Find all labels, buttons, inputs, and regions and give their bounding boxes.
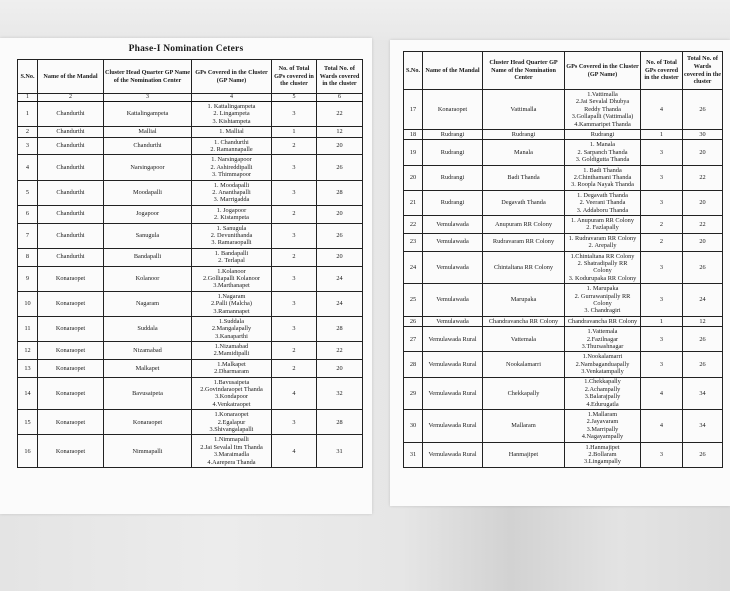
gps-cell: 1.Konaraopet2.Egalapur3.Shivangalapalli xyxy=(192,410,272,435)
gp-name: 1. Mallial xyxy=(193,128,270,135)
gp-name: 2. Arepally xyxy=(566,242,639,249)
header-gps: GPs Covered in the Cluster (GP Name) xyxy=(192,60,272,94)
table-row: 15KonaraopetKonaraopet1.Konaraopet2.Egal… xyxy=(18,410,363,435)
mandal-cell: Vemulawada xyxy=(423,284,483,317)
mandal-cell: Konaraopet xyxy=(423,90,483,130)
num-gps-cell: 3 xyxy=(641,352,683,377)
gps-cell: 1.Chekkapally2.Achampally3.Balarajpally4… xyxy=(565,377,641,410)
table-row: 1ChandurthiKattalingampeta1. Kattalingam… xyxy=(18,102,363,127)
num-gps-cell: 2 xyxy=(272,248,317,266)
wards-cell: 12 xyxy=(317,127,363,137)
wards-cell: 22 xyxy=(683,215,723,233)
gp-name: 3. Goldigutta Thanda xyxy=(566,156,639,163)
num-gps-cell: 1 xyxy=(272,127,317,137)
num-gps-cell: 3 xyxy=(641,327,683,352)
mandal-cell: Konaraopet xyxy=(38,359,104,377)
gp-name: 3.Maraimadla xyxy=(193,451,270,458)
mandal-cell: Konaraopet xyxy=(38,291,104,316)
wards-cell: 22 xyxy=(683,165,723,190)
num-gps-cell: 3 xyxy=(272,180,317,205)
gp-name: 1. Moodapalli xyxy=(193,182,270,189)
table-row: 19RudrangiManala1. Manala2. Sarpanch Tha… xyxy=(404,140,723,165)
gp-name: Colony xyxy=(566,300,639,307)
gp-name: Reddy Thanda xyxy=(566,106,639,113)
cluster-cell: Chekkapally xyxy=(483,377,565,410)
gp-name: 2.Jayavaram xyxy=(566,418,639,425)
table-body-left: 1ChandurthiKattalingampeta1. Kattalingam… xyxy=(18,102,363,468)
gp-name: 3.Thursashnagar xyxy=(566,343,639,350)
table-row: 11KonaraopetSuddala1.Suddala2.Mangalapal… xyxy=(18,316,363,341)
gp-name: 2.Mamidipalli xyxy=(193,350,270,357)
num-gps-cell: 3 xyxy=(272,223,317,248)
gp-name: 2. Ramannapalle xyxy=(193,146,270,153)
wards-cell: 20 xyxy=(683,190,723,215)
gps-cell: 1. Chandurthi2. Ramannapalle xyxy=(192,137,272,155)
cluster-cell: Mallaram xyxy=(483,410,565,443)
table-row: 14KonaraopetBavusaipeta1.Bavusaipeta2.Go… xyxy=(18,377,363,410)
gp-name: 1. Chandurthi xyxy=(193,139,270,146)
cluster-cell: Hanmajipet xyxy=(483,442,565,467)
sno-cell: 31 xyxy=(404,442,423,467)
cluster-cell: Suddala xyxy=(104,316,192,341)
cluster-cell: Narsingapoor xyxy=(104,155,192,180)
gp-name: 2. Fazlapally xyxy=(566,224,639,231)
mandal-cell: Rudrangi xyxy=(423,190,483,215)
table-row: 29Vemulawada RuralChekkapally1.Chekkapal… xyxy=(404,377,723,410)
mandal-cell: Vemulawada Rural xyxy=(423,377,483,410)
mandal-cell: Vemulawada xyxy=(423,233,483,251)
num-gps-cell: 2 xyxy=(272,342,317,360)
num-gps-cell: 4 xyxy=(641,90,683,130)
gp-name: 1.Vattemala xyxy=(566,328,639,335)
table-row: 8ChandurthiBandapalli1. Bandapalli2. Ter… xyxy=(18,248,363,266)
gp-name: 2. Gurrawanipally RR xyxy=(566,293,639,300)
table-row: 2ChandurthiMallial1. Mallial112 xyxy=(18,127,363,137)
sno-cell: 24 xyxy=(404,251,423,284)
wards-cell: 20 xyxy=(683,140,723,165)
sno-cell: 14 xyxy=(18,377,38,410)
gp-name: Rudrangi xyxy=(566,131,639,138)
wards-cell: 24 xyxy=(683,284,723,317)
gps-cell: 1. Sanugula2. Devunithanda3. Ramaraopall… xyxy=(192,223,272,248)
mandal-cell: Vemulawada xyxy=(423,316,483,326)
num-gps-cell: 2 xyxy=(272,137,317,155)
gp-name: 2. Devunithanda xyxy=(193,232,270,239)
gp-name: Chandravancha RR Colony xyxy=(566,318,639,325)
table-row: 7ChandurthiSanugula1. Sanugula2. Devunit… xyxy=(18,223,363,248)
table-row: 31Vemulawada RuralHanmajipet1.Hanmajipet… xyxy=(404,442,723,467)
num-gps-cell: 4 xyxy=(272,377,317,410)
cluster-cell: Chintaltana RR Colony xyxy=(483,251,565,284)
gps-cell: 1. Bandapalli2. Terlapal xyxy=(192,248,272,266)
table-row: 26VemulawadaChandravancha RR ColonyChand… xyxy=(404,316,723,326)
gp-name: 1. Manala xyxy=(566,141,639,148)
sno-cell: 12 xyxy=(18,342,38,360)
column-index: 1 xyxy=(18,94,38,102)
num-gps-cell: 3 xyxy=(641,442,683,467)
gp-name: 1.Chintaltana RR Colony xyxy=(566,253,639,260)
gps-cell: 1. Rudravaram RR Colony2. Arepally xyxy=(565,233,641,251)
cluster-cell: Chandravancha RR Colony xyxy=(483,316,565,326)
gps-cell: 1. Degavath Thanda2. Veerani Thanda3. Ad… xyxy=(565,190,641,215)
wards-cell: 34 xyxy=(683,377,723,410)
mandal-cell: Chandurthi xyxy=(38,127,104,137)
nomination-table-right: S.No. Name of the Mandal Cluster Head Qu… xyxy=(403,51,723,468)
mandal-cell: Konaraopet xyxy=(38,316,104,341)
gp-name: 1. Bandapalli xyxy=(193,250,270,257)
gps-cell: 1. Badi Thanda2.Chinthamani Thanda3. Roo… xyxy=(565,165,641,190)
wards-cell: 20 xyxy=(317,205,363,223)
gps-cell: 1. Jogapoor2. Kistampeta xyxy=(192,205,272,223)
wards-cell: 20 xyxy=(317,137,363,155)
gp-name: 1.Chekkapally xyxy=(566,378,639,385)
cluster-cell: Jogapoor xyxy=(104,205,192,223)
gp-name: 3.Kanaparthi xyxy=(193,333,270,340)
cluster-cell: Rudravaram RR Colony xyxy=(483,233,565,251)
mandal-cell: Chandurthi xyxy=(38,102,104,127)
gp-name: 1. Badi Thanda xyxy=(566,167,639,174)
num-gps-cell: 4 xyxy=(272,435,317,468)
gp-name: 1.Konaraopet xyxy=(193,411,270,418)
mandal-cell: Chandurthi xyxy=(38,155,104,180)
wards-cell: 20 xyxy=(683,233,723,251)
gp-name: 2.Palli (Malcha) xyxy=(193,300,270,307)
wards-cell: 22 xyxy=(317,342,363,360)
gp-name: 1.Bavusaipeta xyxy=(193,379,270,386)
sno-cell: 22 xyxy=(404,215,423,233)
gps-cell: 1.Suddala2.Mangalapally3.Kanaparthi xyxy=(192,316,272,341)
num-gps-cell: 2 xyxy=(272,205,317,223)
wards-cell: 26 xyxy=(683,251,723,284)
wards-cell: 28 xyxy=(317,410,363,435)
table-body-right: 17KonaraopetVattimalla1.Vattimalla2.Jai … xyxy=(404,90,723,468)
sno-cell: 17 xyxy=(404,90,423,130)
num-gps-cell: 3 xyxy=(272,410,317,435)
gps-cell: 1. Marupaka2. Gurrawanipally RRColony3. … xyxy=(565,284,641,317)
gps-cell: 1.Hanmajipet2.Bollaram3.Lingampally xyxy=(565,442,641,467)
table-row: 28Vemulawada RuralNookalamarri1.Nookalam… xyxy=(404,352,723,377)
gp-name: 2.Bollaram xyxy=(566,451,639,458)
gp-name: 4.Nagayampally xyxy=(566,433,639,440)
mandal-cell: Konaraopet xyxy=(38,410,104,435)
cluster-cell: Mallial xyxy=(104,127,192,137)
num-gps-cell: 3 xyxy=(641,284,683,317)
table-row: 30Vemulawada RuralMallaram1.Mallaram2.Ja… xyxy=(404,410,723,443)
table-row: 10KonaraopetNagaram1.Nagaram2.Palli (Mal… xyxy=(18,291,363,316)
gp-name: 2.Govindaraopet Thanda xyxy=(193,386,270,393)
wards-cell: 24 xyxy=(317,266,363,291)
column-index: 2 xyxy=(38,94,104,102)
gp-name: 1. Jogapoor xyxy=(193,207,270,214)
mandal-cell: Vemulawada Rural xyxy=(423,327,483,352)
gp-name: 1. Marupaka xyxy=(566,285,639,292)
gps-cell: 1. Narsingapoor2. Ashireddipalli3. Thimm… xyxy=(192,155,272,180)
num-gps-cell: 3 xyxy=(272,316,317,341)
gp-name: 4.Edurugatla xyxy=(566,401,639,408)
num-gps-cell: 4 xyxy=(641,377,683,410)
document-page-right: S.No. Name of the Mandal Cluster Head Qu… xyxy=(390,40,730,506)
gp-name: Colony xyxy=(566,267,639,274)
gp-name: 4.Kammaripet Thanda xyxy=(566,121,639,128)
gps-cell: Chandravancha RR Colony xyxy=(565,316,641,326)
cluster-cell: Kattalingampeta xyxy=(104,102,192,127)
num-gps-cell: 3 xyxy=(641,165,683,190)
sno-cell: 3 xyxy=(18,137,38,155)
gp-name: 3. Thimmapoor xyxy=(193,171,270,178)
cluster-cell: Chandurthi xyxy=(104,137,192,155)
cluster-cell: Moodapalli xyxy=(104,180,192,205)
column-index: 3 xyxy=(104,94,192,102)
wards-cell: 12 xyxy=(683,316,723,326)
num-gps-cell: 3 xyxy=(272,291,317,316)
wards-cell: 26 xyxy=(683,90,723,130)
gp-name: 2. Veerani Thanda xyxy=(566,199,639,206)
sno-cell: 8 xyxy=(18,248,38,266)
gp-name: 3.Marripally xyxy=(566,426,639,433)
gp-name: 2.Fazilnagar xyxy=(566,336,639,343)
wards-cell: 26 xyxy=(683,327,723,352)
table-row: 24VemulawadaChintaltana RR Colony1.Chint… xyxy=(404,251,723,284)
sno-cell: 21 xyxy=(404,190,423,215)
gp-name: 4.Aarepera Thanda xyxy=(193,459,270,466)
cluster-cell: Malkapet xyxy=(104,359,192,377)
header-wards: Total No. of Wards covered in the cluste… xyxy=(317,60,363,94)
gp-name: 2. Sarpanch Thanda xyxy=(566,149,639,156)
header-gps: GPs Covered in the Cluster (GP Name) xyxy=(565,52,641,90)
gp-name: 3. Ramaraopalli xyxy=(193,239,270,246)
document-title: Phase-I Nomination Ceters xyxy=(0,44,372,54)
mandal-cell: Vemulawada xyxy=(423,215,483,233)
sno-cell: 2 xyxy=(18,127,38,137)
table-row: 6ChandurthiJogapoor1. Jogapoor2. Kistamp… xyxy=(18,205,363,223)
table-row: 3ChandurthiChandurthi1. Chandurthi2. Ram… xyxy=(18,137,363,155)
cluster-cell: Nimmapalli xyxy=(104,435,192,468)
gps-cell: 1. Moodapalli2. Ananthapalli3. Marrigadd… xyxy=(192,180,272,205)
wards-cell: 32 xyxy=(317,377,363,410)
cluster-cell: Badi Thanda xyxy=(483,165,565,190)
gp-name: 4.Venkatraopet xyxy=(193,401,270,408)
background-top xyxy=(0,0,730,40)
num-gps-cell: 3 xyxy=(641,140,683,165)
gp-name: 2. Shatradipally RR xyxy=(566,260,639,267)
table-row: 9KonaraopetKolanoor1.Kolanoor2.Golliapal… xyxy=(18,266,363,291)
gp-name: 2.Egalapur xyxy=(193,419,270,426)
mandal-cell: Vemulawada Rural xyxy=(423,352,483,377)
gp-name: 3. Marrigadda xyxy=(193,196,270,203)
gp-name: 1. Kattalingampeta xyxy=(193,103,270,110)
gp-name: 1. Rudravaram RR Colony xyxy=(566,235,639,242)
mandal-cell: Chandurthi xyxy=(38,223,104,248)
nomination-table-left: S.No. Name of the Mandal Cluster Head Qu… xyxy=(17,59,363,468)
table-header-row: S.No. Name of the Mandal Cluster Head Qu… xyxy=(404,52,723,90)
gp-name: 2. Terlapal xyxy=(193,257,270,264)
num-gps-cell: 4 xyxy=(641,410,683,443)
header-mandal: Name of the Mandal xyxy=(423,52,483,90)
mandal-cell: Rudrangi xyxy=(423,130,483,140)
gp-name: 3.Kondapoor xyxy=(193,393,270,400)
num-gps-cell: 3 xyxy=(272,266,317,291)
num-gps-cell: 1 xyxy=(641,316,683,326)
sno-cell: 27 xyxy=(404,327,423,352)
wards-cell: 20 xyxy=(317,359,363,377)
wards-cell: 28 xyxy=(317,180,363,205)
gp-name: 2.Jai Sevalal Itm Thanda xyxy=(193,444,270,451)
header-wards: Total No. of Wards covered in the cluste… xyxy=(683,52,723,90)
gp-name: 3.Ramannapet xyxy=(193,308,270,315)
wards-cell: 30 xyxy=(683,130,723,140)
gp-name: 3.Marthanapet xyxy=(193,282,270,289)
gp-name: 2.Chinthamani Thanda xyxy=(566,174,639,181)
gp-name: 1.Nookalamarri xyxy=(566,353,639,360)
gps-cell: 1. Anupuram RR Colony2. Fazlapally xyxy=(565,215,641,233)
header-cluster: Cluster Head Quarter GP Name of the Nomi… xyxy=(483,52,565,90)
table-row: 13KonaraopetMalkapet1.Malkapet2.Dharmara… xyxy=(18,359,363,377)
wards-cell: 31 xyxy=(317,435,363,468)
num-gps-cell: 3 xyxy=(272,102,317,127)
gp-name: 1. Sanugula xyxy=(193,225,270,232)
gp-name: 1.Suddala xyxy=(193,318,270,325)
table-row: 12KonaraopetNizamabad1.Nizamabad2.Mamidi… xyxy=(18,342,363,360)
wards-cell: 34 xyxy=(683,410,723,443)
gps-cell: 1.Nookalamarri2.Nambaganduapally3.Venkat… xyxy=(565,352,641,377)
wards-cell: 24 xyxy=(317,291,363,316)
column-index: 5 xyxy=(272,94,317,102)
gps-cell: 1. Mallial xyxy=(192,127,272,137)
gps-cell: Rudrangi xyxy=(565,130,641,140)
column-index: 6 xyxy=(317,94,363,102)
mandal-cell: Vemulawada Rural xyxy=(423,410,483,443)
gp-name: 2. Kistampeta xyxy=(193,214,270,221)
sno-cell: 26 xyxy=(404,316,423,326)
gps-cell: 1.Vattemala2.Fazilnagar3.Thursashnagar xyxy=(565,327,641,352)
mandal-cell: Chandurthi xyxy=(38,180,104,205)
sno-cell: 10 xyxy=(18,291,38,316)
table-row: 27Vemulawada RuralVattemala1.Vattemala2.… xyxy=(404,327,723,352)
table-row: 4ChandurthiNarsingapoor1. Narsingapoor2.… xyxy=(18,155,363,180)
table-row: 20RudrangiBadi Thanda1. Badi Thanda2.Chi… xyxy=(404,165,723,190)
gps-cell: 1.Vattimalla2.Jai Sevalal DhubyaReddy Th… xyxy=(565,90,641,130)
gp-name: 3. Chandragiri xyxy=(566,307,639,314)
sno-cell: 29 xyxy=(404,377,423,410)
column-index: 4 xyxy=(192,94,272,102)
gp-name: 2. Ananthapalli xyxy=(193,189,270,196)
gps-cell: 1. Kattalingampeta2. Lingampeta3. Kishta… xyxy=(192,102,272,127)
mandal-cell: Konaraopet xyxy=(38,435,104,468)
num-gps-cell: 3 xyxy=(641,251,683,284)
gp-name: 2. Lingampeta xyxy=(193,110,270,117)
header-mandal: Name of the Mandal xyxy=(38,60,104,94)
sno-cell: 7 xyxy=(18,223,38,248)
gp-name: 3. Kodurupaka RR Colony xyxy=(566,275,639,282)
gps-cell: 1.Nizamabad2.Mamidipalli xyxy=(192,342,272,360)
num-gps-cell: 2 xyxy=(272,359,317,377)
cluster-cell: Nookalamarri xyxy=(483,352,565,377)
header-sno: S.No. xyxy=(404,52,423,90)
gp-name: 3.Venkatampally xyxy=(566,368,639,375)
gp-name: 1.Nimmapalli xyxy=(193,436,270,443)
gp-name: 3. Addaboru Thanda xyxy=(566,207,639,214)
mandal-cell: Vemulawada Rural xyxy=(423,442,483,467)
gp-name: 1.Nagaram xyxy=(193,293,270,300)
table-row: 18RudrangiRudrangiRudrangi130 xyxy=(404,130,723,140)
wards-cell: 22 xyxy=(317,102,363,127)
sno-cell: 18 xyxy=(404,130,423,140)
gps-cell: 1.Mallaram2.Jayavaram3.Marripally4.Nagay… xyxy=(565,410,641,443)
wards-cell: 26 xyxy=(683,442,723,467)
cluster-cell: Rudrangi xyxy=(483,130,565,140)
gp-name: 2.Mangalapally xyxy=(193,325,270,332)
sno-cell: 28 xyxy=(404,352,423,377)
wards-cell: 28 xyxy=(317,316,363,341)
gp-name: 1. Degavath Thanda xyxy=(566,192,639,199)
gp-name: 1.Hanmajipet xyxy=(566,444,639,451)
mandal-cell: Rudrangi xyxy=(423,140,483,165)
mandal-cell: Chandurthi xyxy=(38,205,104,223)
gp-name: 3. Roopla Nayak Thanda xyxy=(566,181,639,188)
gps-cell: 1.Malkapet2.Dharmaram xyxy=(192,359,272,377)
cluster-cell: Marupaka xyxy=(483,284,565,317)
cluster-cell: Bavusaipeta xyxy=(104,377,192,410)
sno-cell: 1 xyxy=(18,102,38,127)
mandal-cell: Chandurthi xyxy=(38,248,104,266)
cluster-cell: Sanugula xyxy=(104,223,192,248)
sno-cell: 13 xyxy=(18,359,38,377)
header-num-gps: No. of Total GPs covered in the cluster xyxy=(641,52,683,90)
sno-cell: 19 xyxy=(404,140,423,165)
wards-cell: 26 xyxy=(317,155,363,180)
cluster-cell: Nagaram xyxy=(104,291,192,316)
gp-name: 1.Mallaram xyxy=(566,411,639,418)
gp-name: 1. Anupuram RR Colony xyxy=(566,217,639,224)
sno-cell: 30 xyxy=(404,410,423,443)
num-gps-cell: 1 xyxy=(641,130,683,140)
header-cluster: Cluster Head Quarter GP Name of the Nomi… xyxy=(104,60,192,94)
gps-cell: 1.Nagaram2.Palli (Malcha)3.Ramannapet xyxy=(192,291,272,316)
table-row: 22VemulawadaAnupuram RR Colony1. Anupura… xyxy=(404,215,723,233)
gp-name: 1.Vattimalla xyxy=(566,91,639,98)
mandal-cell: Rudrangi xyxy=(423,165,483,190)
gp-name: 2.Dharmaram xyxy=(193,368,270,375)
mandal-cell: Konaraopet xyxy=(38,377,104,410)
table-row: 25VemulawadaMarupaka1. Marupaka2. Gurraw… xyxy=(404,284,723,317)
sno-cell: 16 xyxy=(18,435,38,468)
gp-name: 2.Nambaganduapally xyxy=(566,361,639,368)
cluster-cell: Konaraopet xyxy=(104,410,192,435)
mandal-cell: Vemulawada xyxy=(423,251,483,284)
cluster-cell: Kolanoor xyxy=(104,266,192,291)
gp-name: 3.Gollapalli (Vattimalla) xyxy=(566,113,639,120)
gps-cell: 1.Chintaltana RR Colony2. Shatradipally … xyxy=(565,251,641,284)
header-num-gps: No. of Total GPs covered in the cluster xyxy=(272,60,317,94)
table-row: 23VemulawadaRudravaram RR Colony1. Rudra… xyxy=(404,233,723,251)
sno-cell: 4 xyxy=(18,155,38,180)
gp-name: 2.Achampally xyxy=(566,386,639,393)
gp-name: 1.Nizamabad xyxy=(193,343,270,350)
gp-name: 3.Lingampally xyxy=(566,458,639,465)
gp-name: 2.Golliapalli Kolanoor xyxy=(193,275,270,282)
cluster-cell: Vattimalla xyxy=(483,90,565,130)
header-sno: S.No. xyxy=(18,60,38,94)
num-gps-cell: 2 xyxy=(641,215,683,233)
wards-cell: 26 xyxy=(317,223,363,248)
sno-cell: 23 xyxy=(404,233,423,251)
mandal-cell: Chandurthi xyxy=(38,137,104,155)
sno-cell: 11 xyxy=(18,316,38,341)
cluster-cell: Anupuram RR Colony xyxy=(483,215,565,233)
gp-name: 1.Kolanoor xyxy=(193,268,270,275)
table-header-row: S.No. Name of the Mandal Cluster Head Qu… xyxy=(18,60,363,94)
gps-cell: 1.Bavusaipeta2.Govindaraopet Thanda3.Kon… xyxy=(192,377,272,410)
